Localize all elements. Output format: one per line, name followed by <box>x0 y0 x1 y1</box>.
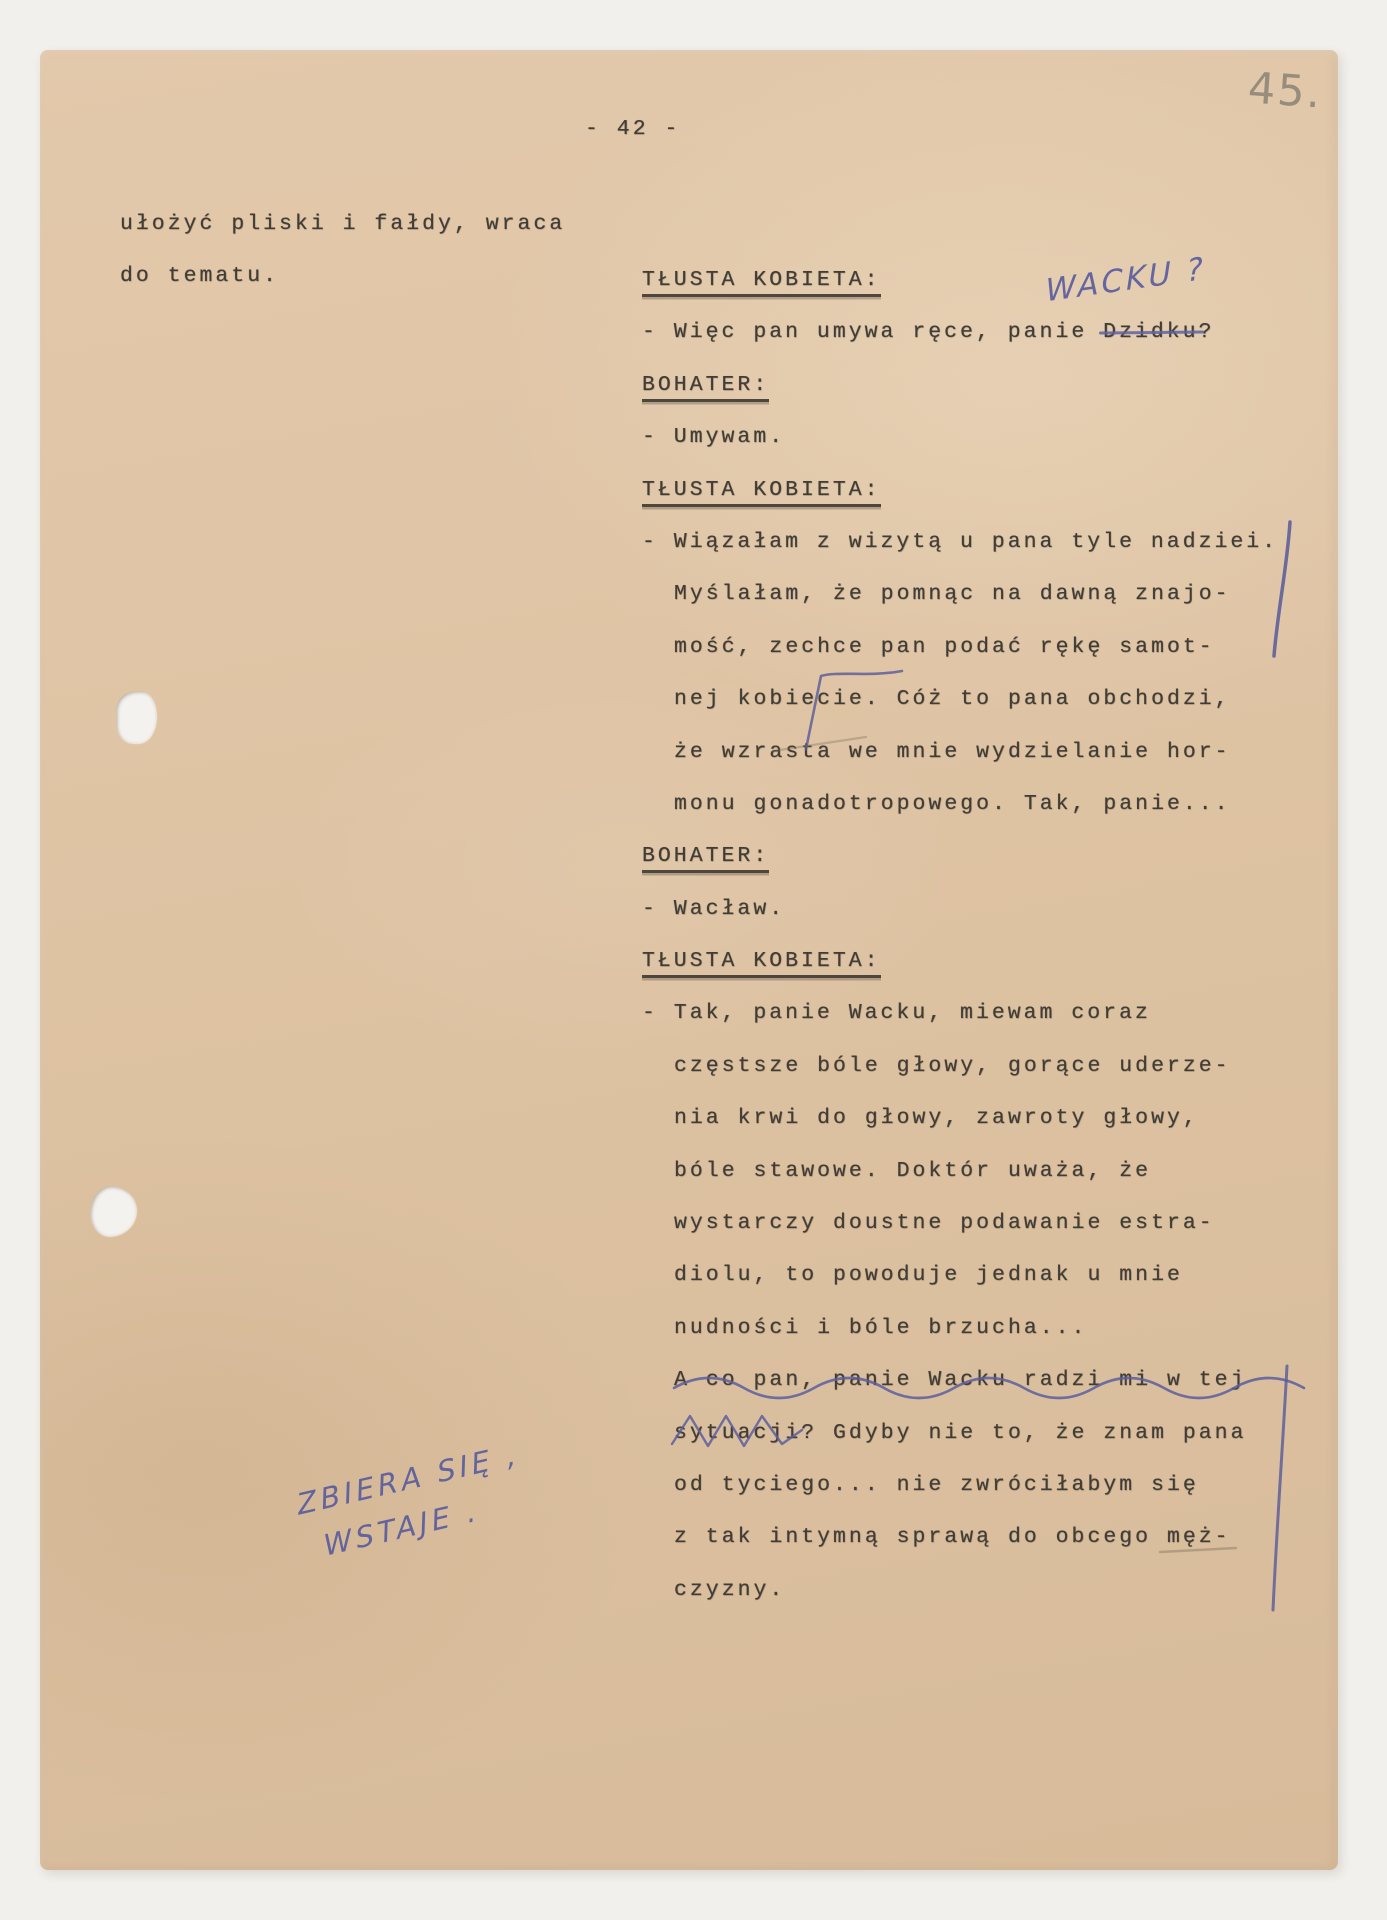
speaker-heading: BOHATER: <box>642 830 1278 882</box>
script-line: od tyciego... nie zwróciłabym się <box>674 1459 1278 1511</box>
dialogue-column: TŁUSTA KOBIETA: - Więc pan umywa ręce, p… <box>642 254 1278 1616</box>
handwritten-corner-number: 45. <box>1246 63 1324 118</box>
script-line: częstsze bóle głowy, gorące uderze- <box>674 1040 1278 1092</box>
page-sheet: 45. - 42 - ułożyć pliski i fałdy, wraca … <box>40 50 1338 1870</box>
line-text: - Więc pan umywa ręce, panie <box>642 320 1103 344</box>
script-line: wystarczy doustne podawanie estra- <box>674 1197 1278 1249</box>
script-line: bóle stawowe. Doktór uważa, że <box>674 1145 1278 1197</box>
speaker-heading: TŁUSTA KOBIETA: <box>642 935 1278 987</box>
script-line: - Więc pan umywa ręce, panie Dzidku? <box>642 306 1278 358</box>
left-column: ułożyć pliski i fałdy, wraca do tematu. <box>120 198 565 303</box>
line-text: Gdyby nie to, że znam pana <box>817 1421 1246 1445</box>
page-number: - 42 - <box>585 119 680 141</box>
speaker-name: TŁUSTA KOBIETA: <box>642 268 881 297</box>
script-line: czyzny. <box>674 1564 1278 1616</box>
script-line: - Tak, panie Wacku, miewam coraz <box>642 987 1278 1039</box>
script-line: że wzrasta we mnie wydzielanie hor- <box>674 726 1278 778</box>
struck-word: sytuacji? <box>674 1421 817 1445</box>
stage-text-line: do tematu. <box>120 250 565 302</box>
script-line-struck: A co pan, panie Wacku radzi mi w tej <box>674 1354 1278 1406</box>
speaker-heading: TŁUSTA KOBIETA: <box>642 464 1278 516</box>
script-line: - Umywam. <box>642 411 1278 463</box>
script-line: sytuacji? Gdyby nie to, że znam pana <box>674 1407 1278 1459</box>
speaker-name: TŁUSTA KOBIETA: <box>642 949 881 978</box>
script-line: - Wacław. <box>642 883 1278 935</box>
script-line: nia krwi do głowy, zawroty głowy, <box>674 1092 1278 1144</box>
script-line: z tak intymną sprawą do obcego męż- <box>674 1511 1278 1563</box>
punch-hole-top <box>116 691 156 743</box>
script-line: nej kobiecie. Cóż to pana obchodzi, <box>674 673 1278 725</box>
speaker-name: TŁUSTA KOBIETA: <box>642 478 881 507</box>
speaker-heading: BOHATER: <box>642 359 1278 411</box>
script-line: diolu, to powoduje jednak u mnie <box>674 1249 1278 1301</box>
script-line: monu gonadotropowego. Tak, panie... <box>674 778 1278 830</box>
stage-text-line: ułożyć pliski i fałdy, wraca <box>120 198 565 250</box>
script-line: mość, zechce pan podać rękę samot- <box>674 621 1278 673</box>
script-line: - Wiązałam z wizytą u pana tyle nadziei. <box>642 516 1278 568</box>
handwritten-stage-note: ZBIERA SIĘ , WSTAJE . <box>294 1431 530 1573</box>
scan-background: { "page": { "number_display": "- 42 -" }… <box>0 0 1387 1920</box>
script-line: nudności i bóle brzucha... <box>674 1302 1278 1354</box>
script-line: Myślałam, że pomnąc na dawną znajo- <box>674 568 1278 620</box>
punch-hole-bottom <box>90 1186 136 1236</box>
speaker-name: BOHATER: <box>642 373 769 402</box>
speaker-name: BOHATER: <box>642 844 769 873</box>
struck-word: Dzidku <box>1103 320 1198 344</box>
